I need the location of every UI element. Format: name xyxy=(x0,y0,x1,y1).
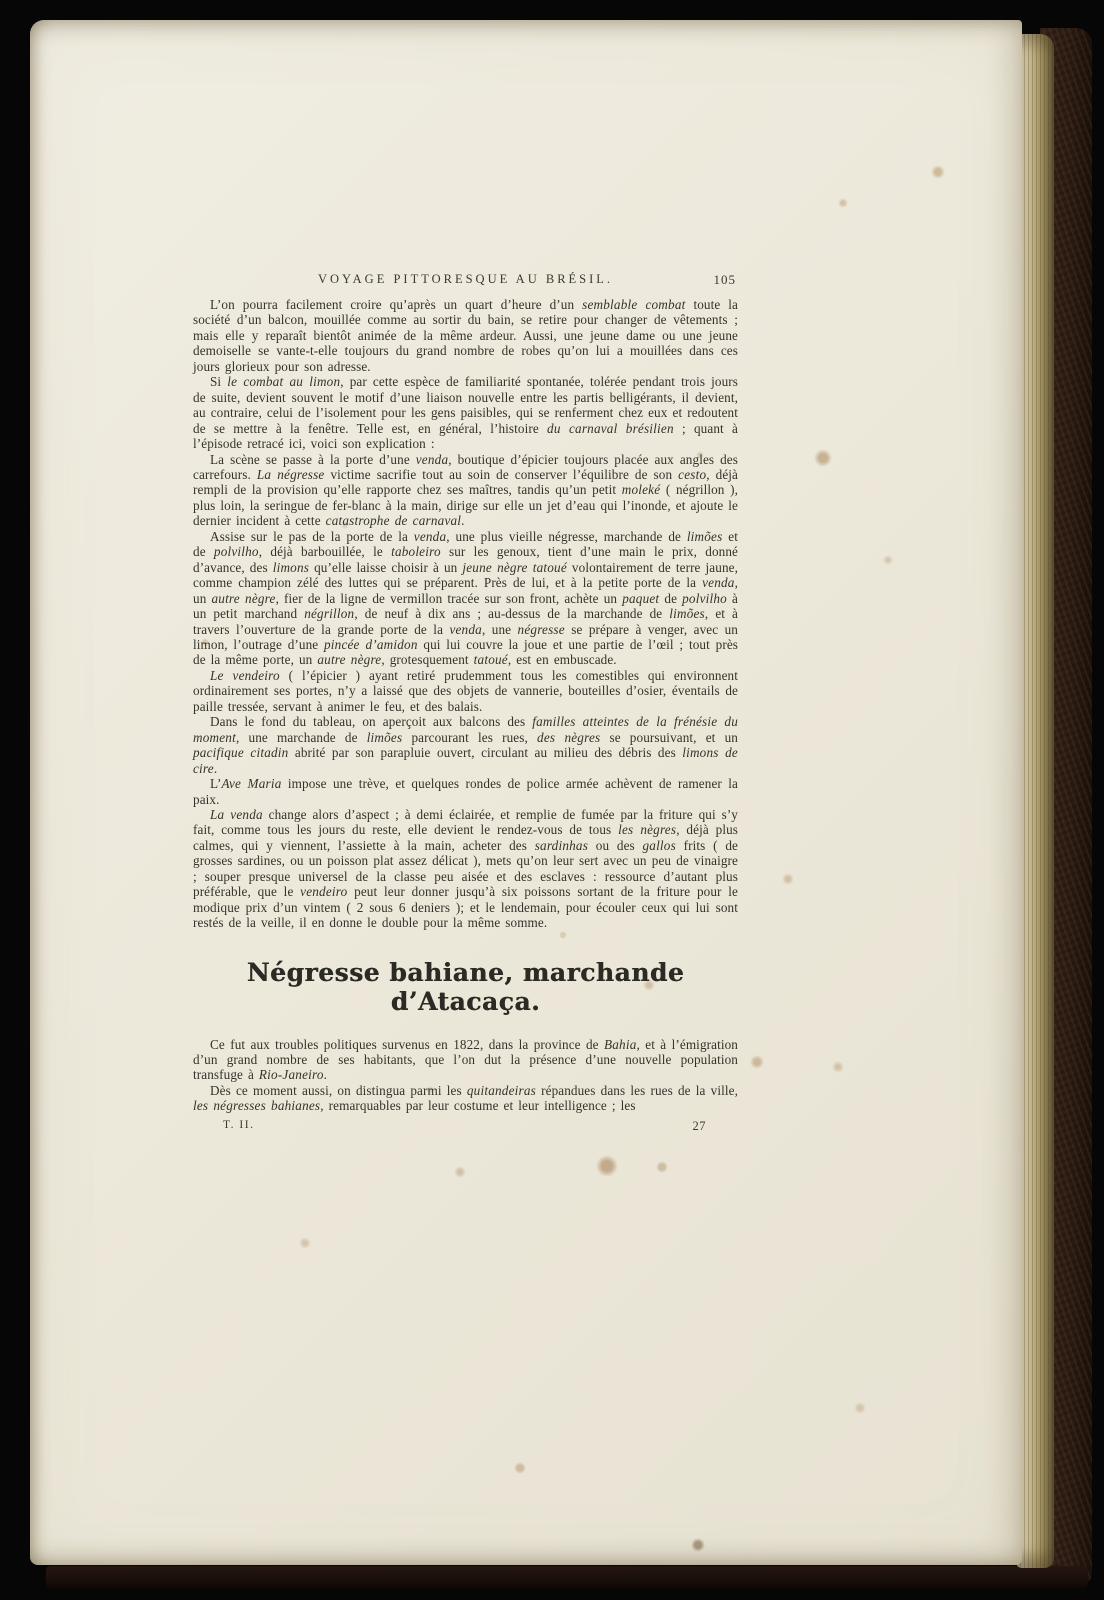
paragraph: Dès ce moment aussi, on distingua parmi … xyxy=(193,1083,738,1114)
paragraph: Assise sur le pas de la porte de la vend… xyxy=(193,529,738,668)
paragraph: L’on pourra facilement croire qu’après u… xyxy=(193,297,738,374)
paragraph: Le vendeiro ( l’épicier ) ayant retiré p… xyxy=(193,668,738,714)
paragraph: La scène se passe à la porte d’une venda… xyxy=(193,452,738,529)
section-paragraphs: Ce fut aux troubles politiques survenus … xyxy=(193,1037,738,1114)
scanned-book-photo: VOYAGE PITTORESQUE AU BRÉSIL. 105 L’on p… xyxy=(0,0,1104,1600)
paragraph: L’Ave Maria impose une trève, et quelque… xyxy=(193,776,738,807)
body-paragraphs: L’on pourra facilement croire qu’après u… xyxy=(193,297,738,931)
page-number: 105 xyxy=(714,272,737,288)
paragraph: La venda change alors d’aspect ; à demi … xyxy=(193,807,738,931)
running-head: VOYAGE PITTORESQUE AU BRÉSIL. 105 xyxy=(193,272,738,290)
paragraph: Si le combat au limon, par cette espèce … xyxy=(193,374,738,451)
text-column: VOYAGE PITTORESQUE AU BRÉSIL. 105 L’on p… xyxy=(193,272,738,1135)
paragraph: Dans le fond du tableau, on aperçoit aux… xyxy=(193,714,738,776)
volume-mark: T. II. xyxy=(223,1119,254,1131)
page-footer: T. II. 27 xyxy=(193,1119,738,1135)
running-head-title: VOYAGE PITTORESQUE AU BRÉSIL. xyxy=(193,272,738,287)
book-cover-bottom-edge xyxy=(46,1566,1088,1590)
section-heading: Négresse bahiane, marchande d’Atacaça. xyxy=(193,958,738,1016)
signature-mark: 27 xyxy=(693,1119,707,1134)
paragraph: Ce fut aux troubles politiques survenus … xyxy=(193,1037,738,1083)
